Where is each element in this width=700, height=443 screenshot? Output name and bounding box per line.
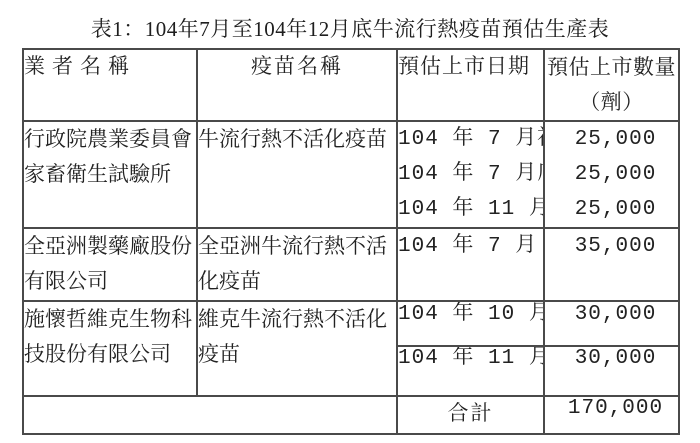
- launch-date-value: 104 年 11 月: [398, 347, 543, 371]
- header-vaccine: 疫苗名稱: [197, 49, 397, 121]
- quantity-value: 25,000: [545, 122, 678, 157]
- table-header-row: 業者名稱 疫苗名稱 預估上市日期 預估上市數量 （劑）: [23, 49, 679, 121]
- header-quantity-line1: 預估上市數量: [545, 50, 678, 85]
- quantity-value: 35,000: [545, 229, 678, 264]
- vaccine-name-line: 全亞洲牛流行熱不活: [198, 229, 396, 264]
- quantity-cell: 35,000: [544, 228, 679, 301]
- company-name-line: 全亞洲製藥廠股份: [24, 229, 196, 264]
- company-name-line: 技股份有限公司: [24, 337, 196, 372]
- table-row-ahri: 行政院農業委員會 家畜衛生試驗所 牛流行熱不活化疫苗 104 年 7 月初 10…: [23, 121, 679, 228]
- vaccine-name-line: 疫苗: [198, 337, 396, 372]
- company-name-line: 行政院農業委員會: [24, 122, 196, 157]
- scanned-document-page: { "title": "表1：104年7月至104年12月底牛流行熱疫苗預估生產…: [0, 0, 700, 443]
- header-company: 業者名稱: [23, 49, 197, 121]
- vaccine-name-cell: 牛流行熱不活化疫苗: [197, 121, 397, 228]
- total-value: 170,000: [544, 396, 679, 434]
- launch-date-cell: 104 年 10 月: [397, 301, 544, 346]
- company-name-cell: 行政院農業委員會 家畜衛生試驗所: [23, 121, 197, 228]
- document-title: 表1：104年7月至104年12月底牛流行熱疫苗預估生產表: [0, 13, 700, 43]
- total-label: 合計: [397, 396, 544, 434]
- launch-date-cell: 104 年 7 月: [397, 228, 544, 301]
- quantity-cell: 30,000: [544, 301, 679, 346]
- vaccine-name-line: 牛流行熱不活化疫苗: [198, 122, 396, 157]
- company-name-cell: 施懷哲維克生物科 技股份有限公司: [23, 301, 197, 396]
- company-name-line: 家畜衛生試驗所: [24, 157, 196, 192]
- vaccine-name-line: 化疫苗: [198, 264, 396, 299]
- quantity-value: 25,000: [545, 157, 678, 192]
- launch-date-value: 104 年 7 月底: [398, 157, 543, 192]
- quantity-value: 25,000: [545, 192, 678, 227]
- launch-date-value: 104 年 11 月: [398, 192, 543, 227]
- vaccine-production-table: 業者名稱 疫苗名稱 預估上市日期 預估上市數量 （劑） 行政院農業委員會 家畜衛…: [22, 48, 680, 435]
- launch-date-cell: 104 年 7 月初 104 年 7 月底 104 年 11 月: [397, 121, 544, 228]
- quantity-cell: 25,000 25,000 25,000: [544, 121, 679, 228]
- launch-date-cell: 104 年 11 月: [397, 346, 544, 396]
- table-total-row: 合計 170,000: [23, 396, 679, 434]
- vaccine-name-line: 維克牛流行熱不活化: [198, 302, 396, 337]
- total-empty-cell: [23, 396, 397, 434]
- table-row-allasia: 全亞洲製藥廠股份 有限公司 全亞洲牛流行熱不活 化疫苗 104 年 7 月 35…: [23, 228, 679, 301]
- quantity-value: 30,000: [545, 347, 678, 371]
- vaccine-name-cell: 全亞洲牛流行熱不活 化疫苗: [197, 228, 397, 301]
- company-name-cell: 全亞洲製藥廠股份 有限公司: [23, 228, 197, 301]
- quantity-cell: 30,000: [544, 346, 679, 396]
- header-quantity: 預估上市數量 （劑）: [544, 49, 679, 121]
- header-date: 預估上市日期: [397, 49, 544, 121]
- company-name-line: 施懷哲維克生物科: [24, 302, 196, 337]
- launch-date-value: 104 年 7 月: [398, 229, 543, 264]
- vaccine-name-cell: 維克牛流行熱不活化 疫苗: [197, 301, 397, 396]
- company-name-line: 有限公司: [24, 264, 196, 299]
- table-row-virbac: 施懷哲維克生物科 技股份有限公司 維克牛流行熱不活化 疫苗 104 年 10 月…: [23, 301, 679, 346]
- launch-date-value: 104 年 10 月: [398, 302, 543, 328]
- launch-date-value: 104 年 7 月初: [398, 122, 543, 157]
- header-quantity-unit: （劑）: [545, 85, 678, 120]
- quantity-value: 30,000: [545, 302, 678, 328]
